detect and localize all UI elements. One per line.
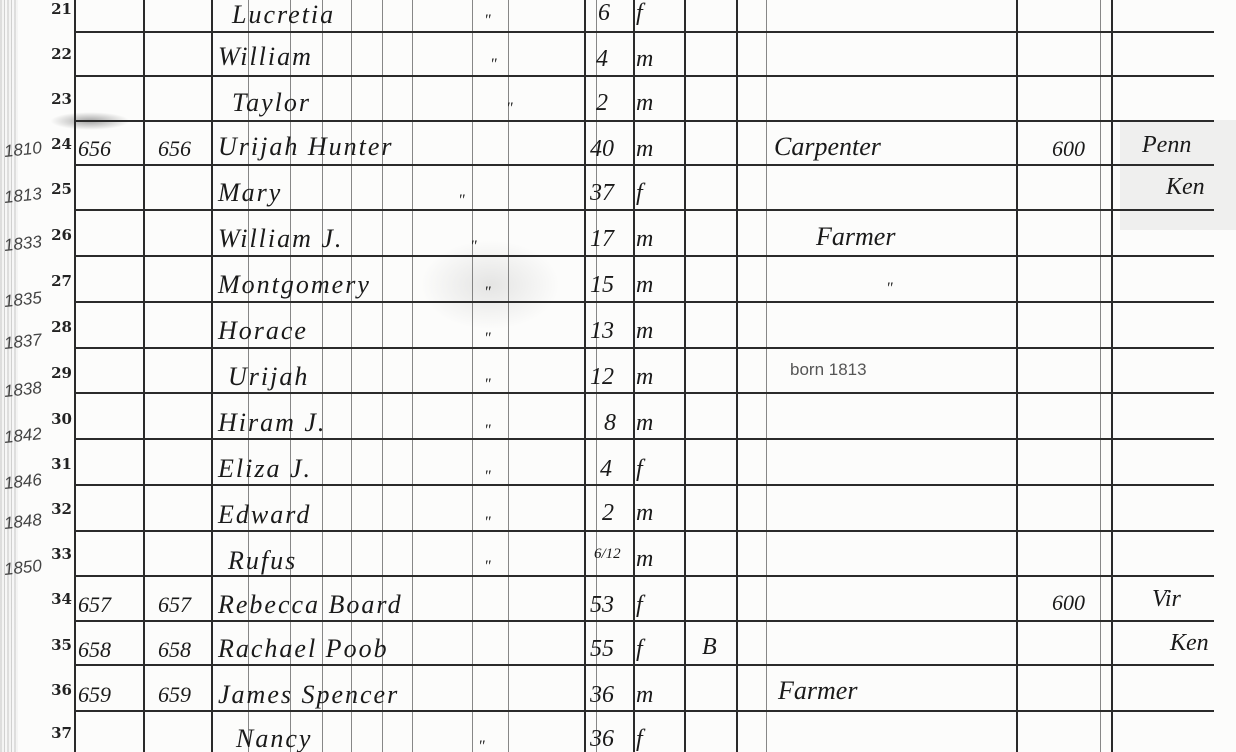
family-number: 659 (158, 682, 191, 708)
person-name: Mary (218, 178, 282, 208)
row-number: 34 (40, 590, 72, 608)
row-number: 35 (40, 636, 72, 654)
ditto-mark: " (458, 192, 465, 210)
occupation: Carpenter (774, 132, 881, 162)
row-rule (74, 31, 1214, 33)
person-name: Nancy (236, 724, 312, 752)
margin-note: 1813 (3, 184, 43, 208)
sex: m (636, 318, 653, 345)
color-mark: B (702, 634, 717, 661)
birthplace: Penn (1142, 132, 1191, 159)
age: 6/12 (594, 546, 621, 563)
row-number: 28 (40, 318, 72, 336)
row-rule (74, 710, 1214, 712)
column-rule (74, 0, 76, 752)
margin-note: 1837 (3, 330, 43, 354)
age: 36 (590, 726, 614, 752)
margin-note: 1838 (3, 378, 43, 402)
age: 4 (596, 46, 608, 73)
sex: m (636, 682, 653, 709)
sex: f (636, 636, 643, 663)
age: 2 (596, 90, 608, 117)
person-name: Lucretia (232, 0, 335, 30)
ditto-mark: " (484, 12, 491, 30)
ditto-mark: " (484, 468, 491, 486)
sex: m (636, 136, 653, 163)
ditto-mark: " (506, 100, 513, 118)
row-number: 24 (40, 135, 72, 153)
column-rule (211, 0, 213, 752)
dwelling-number: 656 (78, 136, 111, 162)
row-number: 21 (40, 0, 72, 18)
age: 2 (602, 500, 614, 527)
row-number: 36 (40, 681, 72, 699)
column-rule (1111, 0, 1113, 752)
row-rule (74, 392, 1214, 394)
age: 13 (590, 318, 614, 345)
age: 55 (590, 636, 614, 663)
row-rule (74, 75, 1214, 77)
row-number: 37 (40, 724, 72, 742)
row-number: 25 (40, 180, 72, 198)
sex: m (636, 272, 653, 299)
census-page: 21 22 23 24 25 26 27 28 29 30 31 32 33 3… (0, 0, 1236, 752)
dwelling-number: 659 (78, 682, 111, 708)
age: 17 (590, 226, 614, 253)
birthplace: Vir (1152, 586, 1181, 613)
row-rule (74, 438, 1214, 440)
age: 8 (604, 410, 616, 437)
age: 15 (590, 272, 614, 299)
pencil-annotation: born 1813 (790, 360, 867, 380)
column-rule (1100, 0, 1101, 752)
sex: m (636, 410, 653, 437)
person-name: William J. (218, 224, 343, 254)
ditto-mark: " (484, 284, 491, 302)
sex: f (636, 592, 643, 619)
margin-note: 1846 (3, 470, 43, 494)
row-rule (74, 120, 1214, 122)
dwelling-number: 658 (78, 637, 111, 663)
column-rule (143, 0, 145, 752)
sex: f (636, 0, 643, 27)
sex: m (636, 546, 653, 573)
column-rule (766, 0, 767, 752)
age: 37 (590, 180, 614, 207)
margin-note: 1850 (3, 556, 43, 580)
age: 4 (600, 456, 612, 483)
person-name: Urijah Hunter (218, 132, 394, 162)
row-number: 32 (40, 500, 72, 518)
sex: m (636, 46, 653, 73)
person-name: Rufus (228, 546, 297, 576)
family-number: 658 (158, 637, 191, 663)
row-number: 27 (40, 272, 72, 290)
row-number: 22 (40, 45, 72, 63)
margin-note: 1835 (3, 288, 43, 312)
margin-note: 1833 (3, 232, 43, 256)
person-name: Horace (218, 316, 308, 346)
ditto-mark: " (484, 558, 491, 576)
birthplace: Ken (1166, 174, 1205, 201)
ditto-mark: " (484, 330, 491, 348)
row-rule (74, 664, 1214, 666)
ditto-mark: " (484, 514, 491, 532)
column-rule (684, 0, 686, 752)
family-number: 656 (158, 136, 191, 162)
sex: f (636, 456, 643, 483)
row-rule (74, 530, 1214, 532)
margin-note: 1842 (3, 424, 43, 448)
sex: m (636, 500, 653, 527)
margin-note: 1810 (3, 138, 43, 162)
row-number: 31 (40, 455, 72, 473)
ditto-mark: " (886, 280, 893, 298)
person-name: Hiram J. (218, 408, 326, 438)
column-rule (633, 0, 635, 752)
birthplace: Ken (1170, 630, 1209, 657)
ditto-mark: " (484, 422, 491, 440)
column-rule (412, 0, 413, 752)
binding-edge (0, 0, 18, 752)
sex: m (636, 364, 653, 391)
occupation: Farmer (816, 222, 895, 252)
person-name: Rachael Poob (218, 634, 389, 664)
row-number: 33 (40, 545, 72, 563)
person-name: Taylor (232, 88, 311, 118)
person-name: William (218, 42, 313, 72)
person-name: Edward (218, 500, 311, 530)
ditto-mark: " (470, 238, 477, 256)
occupation: Farmer (778, 676, 857, 706)
age: 12 (590, 364, 614, 391)
person-name: Rebecca Board (218, 590, 403, 620)
ditto-mark: " (484, 376, 491, 394)
column-rule (584, 0, 586, 752)
row-number: 26 (40, 226, 72, 244)
column-rule (736, 0, 738, 752)
age: 53 (590, 592, 614, 619)
sex: f (636, 180, 643, 207)
sex: f (636, 726, 643, 752)
row-rule (74, 301, 1214, 303)
row-number: 29 (40, 364, 72, 382)
row-rule (74, 484, 1214, 486)
ditto-mark: " (478, 738, 485, 752)
sex: m (636, 90, 653, 117)
age: 6 (598, 0, 610, 27)
margin-note: 1848 (3, 510, 43, 534)
person-name: Urijah (228, 362, 309, 392)
sex: m (636, 226, 653, 253)
row-rule (74, 255, 1214, 257)
person-name: Montgomery (218, 270, 371, 300)
row-number: 23 (40, 90, 72, 108)
column-rule (1016, 0, 1018, 752)
row-rule (74, 620, 1214, 622)
row-number: 30 (40, 410, 72, 428)
ditto-mark: " (490, 56, 497, 74)
column-rule (472, 0, 473, 752)
row-rule (74, 347, 1214, 349)
row-rule (74, 209, 1214, 211)
real-estate-value: 600 (1052, 136, 1085, 162)
person-name: Eliza J. (218, 454, 312, 484)
age: 40 (590, 136, 614, 163)
row-rule (74, 164, 1214, 166)
age: 36 (590, 682, 614, 709)
dwelling-number: 657 (78, 592, 111, 618)
family-number: 657 (158, 592, 191, 618)
person-name: James Spencer (218, 680, 399, 710)
real-estate-value: 600 (1052, 590, 1085, 616)
